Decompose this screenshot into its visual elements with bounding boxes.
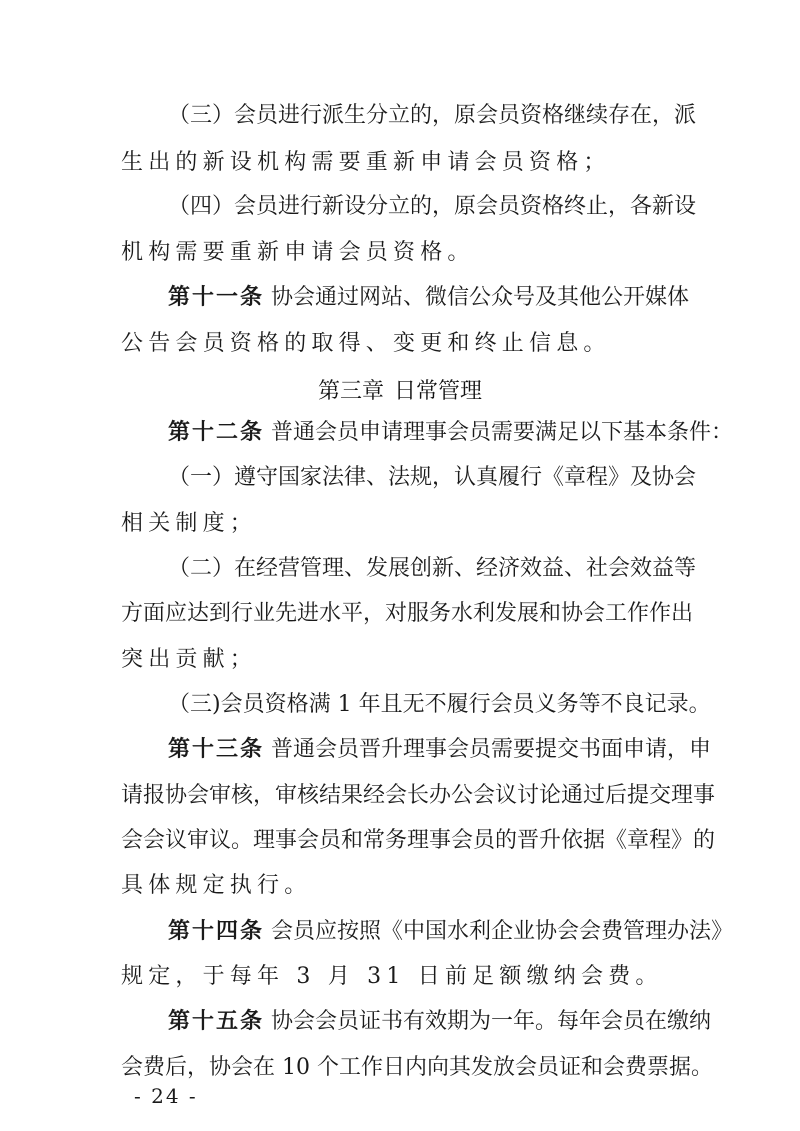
chapter-number: 第三章 bbox=[318, 379, 384, 404]
paragraph-line: 规定，于每年 3 月 31 日前足额缴纳会费。 bbox=[121, 962, 681, 992]
paragraph-line: 会费后，协会在 10 个工作日内向其发放会员证和会费票据。 bbox=[121, 1053, 681, 1083]
article-paragraph: 第十一条 协会通过网站、微信公众号及其他公开媒体 bbox=[168, 283, 681, 313]
paragraph-line: 会会议审议。理事会员和常务理事会员的晋升依据《章程》的 bbox=[121, 826, 681, 856]
paragraph-line: （四）会员进行新设分立的，原会员资格终止，各新设 bbox=[168, 192, 681, 222]
paragraph-line: （一）遵守国家法律、法规，认真履行《章程》及协会 bbox=[168, 463, 681, 493]
article-paragraph: 第十三条 普通会员晋升理事会员需要提交书面申请，申 bbox=[168, 735, 681, 765]
article-number: 第十四条 bbox=[168, 919, 264, 944]
article-paragraph: 第十二条 普通会员申请理事会员需要满足以下基本条件： bbox=[168, 418, 681, 448]
chapter-title: 日常管理 bbox=[394, 379, 482, 404]
article-paragraph: 第十四条 会员应按照《中国水利企业协会会费管理办法》 bbox=[168, 917, 681, 947]
paragraph-line: 机构需要重新申请会员资格。 bbox=[121, 238, 681, 268]
paragraph-line: 请报协会审核，审核结果经会长办公会议讨论通过后提交理事 bbox=[121, 781, 681, 811]
paragraph-text: 协会通过网站、微信公众号及其他公开媒体 bbox=[271, 285, 689, 310]
paragraph-line: 生出的新设机构需要重新申请会员资格； bbox=[121, 148, 681, 178]
chapter-heading: 第三章日常管理 bbox=[0, 377, 800, 407]
article-paragraph: 第十五条 协会会员证书有效期为一年。每年会员在缴纳 bbox=[168, 1007, 681, 1037]
paragraph-line: 方面应达到行业先进水平，对服务水利发展和协会工作作出 bbox=[121, 599, 681, 629]
paragraph-text: 普通会员晋升理事会员需要提交书面申请，申 bbox=[271, 737, 711, 762]
article-number: 第十一条 bbox=[168, 285, 264, 310]
paragraph-text: 协会会员证书有效期为一年。每年会员在缴纳 bbox=[271, 1009, 711, 1034]
paragraph-text: 普通会员申请理事会员需要满足以下基本条件： bbox=[271, 420, 733, 445]
paragraph-line: （三)会员资格满 1 年且无不履行会员义务等不良记录。 bbox=[168, 690, 681, 720]
paragraph-line: 相关制度； bbox=[121, 509, 681, 539]
paragraph-line: 突出贡献； bbox=[121, 645, 681, 675]
article-number: 第十三条 bbox=[168, 737, 264, 762]
document-page: （三）会员进行派生分立的，原会员资格继续存在，派 生出的新设机构需要重新申请会员… bbox=[0, 0, 800, 1131]
paragraph-line: 具体规定执行。 bbox=[121, 871, 681, 901]
page-number: - 24 - bbox=[134, 1083, 198, 1109]
paragraph-text: 会员应按照《中国水利企业协会会费管理办法》 bbox=[271, 919, 733, 944]
paragraph-line: 公告会员资格的取得、变更和终止信息。 bbox=[121, 329, 681, 359]
article-number: 第十五条 bbox=[168, 1009, 264, 1034]
paragraph-line: （三）会员进行派生分立的，原会员资格继续存在，派 bbox=[168, 101, 681, 131]
paragraph-line: （二）在经营管理、发展创新、经济效益、社会效益等 bbox=[168, 554, 681, 584]
article-number: 第十二条 bbox=[168, 420, 264, 445]
